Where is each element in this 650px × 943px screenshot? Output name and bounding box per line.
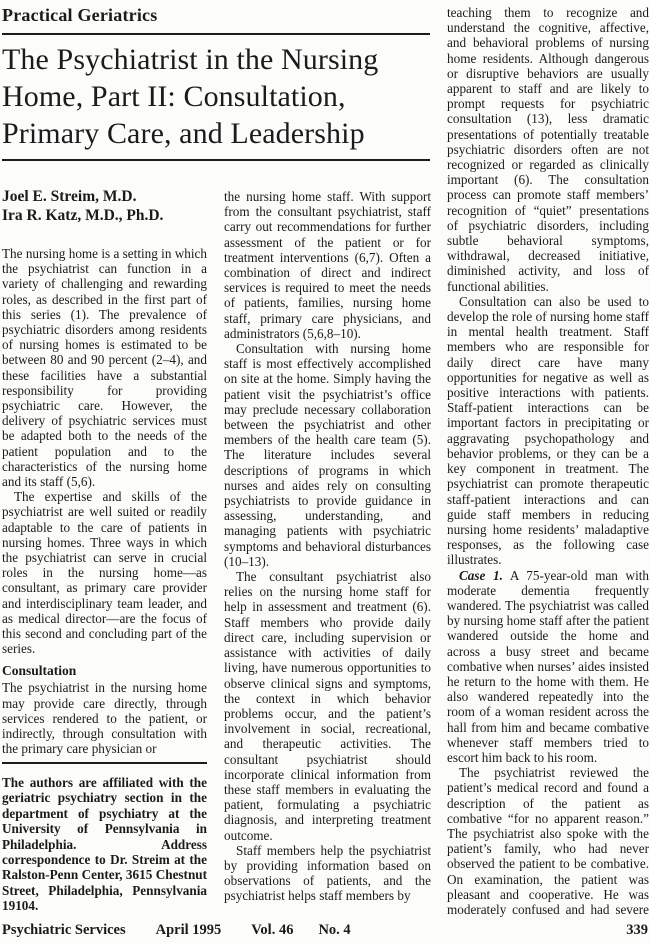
body-paragraph: The psychiatrist in the nursing home may… bbox=[2, 680, 207, 756]
body-paragraph: The consultant psychiatrist also relies … bbox=[224, 569, 431, 843]
article-page: Practical Geriatrics The Psychiatrist in… bbox=[0, 0, 650, 943]
case-text: A 75-year-old man with moderate dementia… bbox=[447, 568, 649, 765]
body-paragraph: teaching them to recognize and understan… bbox=[447, 5, 649, 294]
divider-rule bbox=[2, 33, 430, 35]
body-paragraph: The expertise and skills of the psychiat… bbox=[2, 489, 207, 656]
section-kicker: Practical Geriatrics bbox=[2, 5, 430, 26]
author-name: Ira R. Katz, M.D., Ph.D. bbox=[2, 206, 214, 225]
body-paragraph: The psychiatrist reviewed the patient’s … bbox=[447, 765, 649, 917]
text-column-1: The nursing home is a setting in which t… bbox=[2, 246, 207, 758]
case-paragraph: Case 1. A 75-year-old man with moderate … bbox=[447, 568, 649, 766]
text-column-3: teaching them to recognize and understan… bbox=[447, 5, 649, 917]
divider-rule bbox=[2, 159, 430, 161]
footnote-divider-rule bbox=[2, 762, 207, 764]
body-paragraph: Consultation can also be used to develop… bbox=[447, 294, 649, 568]
body-paragraph: the nursing home staff. With support fro… bbox=[224, 189, 431, 341]
author-block: Joel E. Streim, M.D. Ira R. Katz, M.D., … bbox=[2, 187, 214, 225]
footnote-text: The authors are affiliated with the geri… bbox=[2, 775, 207, 914]
issue-date: April 1995 bbox=[156, 922, 222, 939]
author-name: Joel E. Streim, M.D. bbox=[2, 187, 214, 206]
page-footer: Psychiatric Services April 1995 Vol. 46 … bbox=[2, 922, 648, 939]
volume-label: Vol. 46 bbox=[251, 922, 293, 939]
issue-number: No. 4 bbox=[318, 922, 350, 939]
body-paragraph: Consultation with nursing home staff is … bbox=[224, 341, 431, 569]
body-paragraph: Staff members help the psychiatrist by p… bbox=[224, 843, 431, 904]
author-footnote: The authors are affiliated with the geri… bbox=[2, 762, 207, 914]
text-column-2: the nursing home staff. With support fro… bbox=[224, 189, 431, 921]
journal-name: Psychiatric Services bbox=[2, 922, 126, 939]
page-number: 339 bbox=[626, 922, 648, 939]
body-paragraph: The nursing home is a setting in which t… bbox=[2, 246, 207, 489]
section-heading: Consultation bbox=[2, 663, 207, 679]
article-header: Practical Geriatrics The Psychiatrist in… bbox=[2, 5, 430, 161]
case-label: Case 1. bbox=[459, 568, 503, 583]
article-title: The Psychiatrist in the Nursing Home, Pa… bbox=[2, 41, 430, 152]
